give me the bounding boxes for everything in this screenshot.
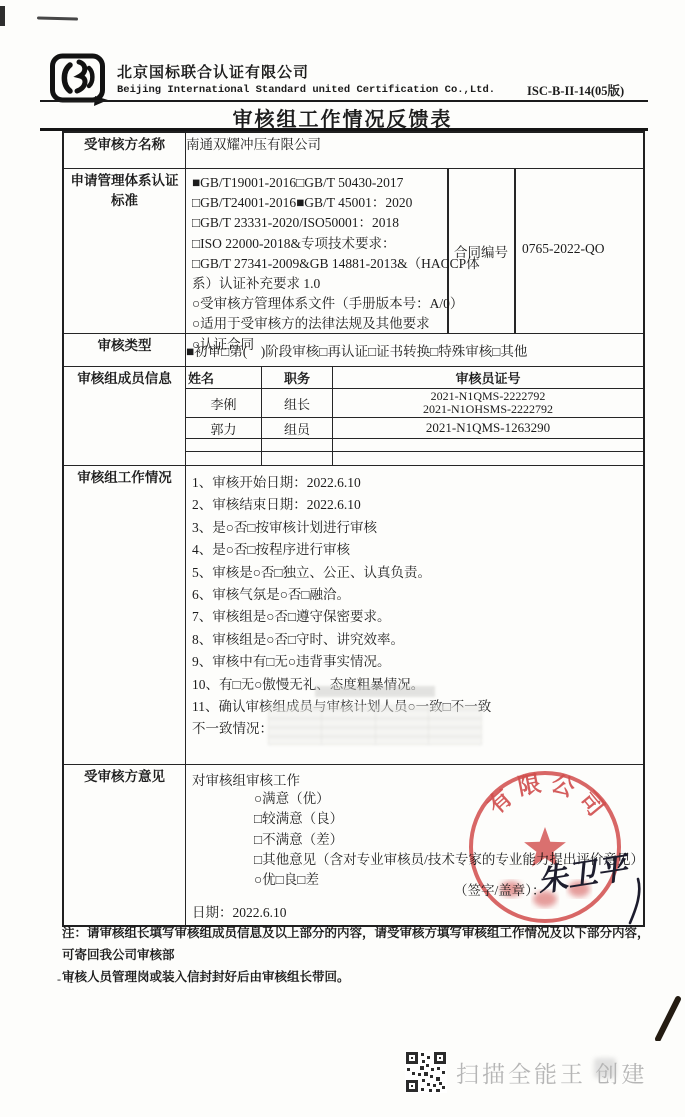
- work-item: 11、确认审核组成员与审核计划人员○一致□不一致: [192, 696, 637, 718]
- member-name: [186, 452, 262, 466]
- standard-option: ○认证合同: [192, 335, 484, 355]
- col-header-name: 姓名: [186, 367, 262, 389]
- member-row: 李俐 组长 2021-N1QMS-2222792 2021-N1OHSMS-22…: [186, 389, 643, 418]
- member-row: 郭力 组员 2021-N1QMS-1263290: [186, 418, 643, 439]
- document-code: ISC-B-II-14(05版): [527, 81, 624, 99]
- scanner-watermark-text: 扫描全能王 创建: [456, 1056, 647, 1089]
- standard-option: ○适用于受审核方的法律法规及其他要求: [192, 314, 484, 334]
- standards-cell: ■GB/T19001-2016□GB/T 50430-2017 □GB/T240…: [186, 169, 645, 334]
- scan-artifact-line: [37, 16, 78, 20]
- member-name: [186, 439, 262, 452]
- member-role: [262, 439, 333, 452]
- work-item: 4、是○否□按程序进行审核: [192, 539, 637, 561]
- opinion-option: □较满意（良）: [254, 809, 643, 829]
- member-cert: 2021-N1QMS-1263290: [333, 418, 644, 439]
- work-item: 1、审核开始日期：2022.6.10: [192, 472, 637, 494]
- company-name-en: Beijing International Standard united Ce…: [117, 84, 495, 96]
- cert-number: 2021-N1QMS-2222792: [335, 390, 641, 403]
- company-name-cn: 北京国标联合认证有限公司: [117, 61, 309, 82]
- standards-checklist: ■GB/T19001-2016□GB/T 50430-2017 □GB/T240…: [192, 173, 484, 355]
- work-item: 5、审核是○否□独立、公正、认真负责。: [192, 562, 637, 584]
- opinion-option: ○优□良□差: [254, 870, 643, 890]
- opinion-option: □不满意（差）: [254, 830, 643, 850]
- footer-note: 注：请审核组长填写审核组成员信息及以上部分的内容，请受审核方填写审核组工作情况及…: [62, 922, 654, 988]
- auditee-name-value: 南通双耀冲压有限公司: [186, 132, 645, 169]
- work-item: 10、有□无○傲慢无礼、态度粗暴情况。: [192, 674, 637, 696]
- work-item: 6、审核气氛是○否□融洽。: [192, 584, 637, 606]
- work-item-mismatch-note: 不一致情况：: [192, 718, 637, 740]
- standard-option: □GB/T 27341-2009&GB 14881-2013&（HACCP体系）…: [192, 254, 484, 294]
- opinion-heading: 对审核组审核工作: [186, 765, 643, 789]
- note-line: 注：请审核组长填写审核组成员信息及以上部分的内容，请受审核方填写审核组工作情况及…: [62, 922, 654, 966]
- work-item: 3、是○否□按审核计划进行审核: [192, 517, 637, 539]
- scan-artifact-edge: [0, 6, 5, 26]
- auditee-name-label: 受审核方名称: [63, 132, 186, 169]
- member-row: [186, 452, 643, 466]
- members-label: 审核组成员信息: [63, 367, 186, 466]
- opinion-cell: 对审核组审核工作 ○满意（优） □较满意（良） □不满意（差） □其他意见（含对…: [186, 765, 645, 927]
- work-item: 2、审核结束日期：2022.6.10: [192, 494, 637, 516]
- work-status-list: 1、审核开始日期：2022.6.10 2、审核结束日期：2022.6.10 3、…: [186, 466, 643, 741]
- work-status-cell: 1、审核开始日期：2022.6.10 2、审核结束日期：2022.6.10 3、…: [186, 466, 645, 765]
- members-header-row: 姓名 职务 审核员证号: [186, 367, 643, 389]
- work-status-label: 审核组工作情况: [63, 466, 186, 765]
- member-name: 李俐: [186, 389, 262, 418]
- member-role: 组长: [262, 389, 333, 418]
- work-item: 9、审核中有□无○违背事实情况。: [192, 651, 637, 673]
- members-table: 姓名 职务 审核员证号 李俐 组长 2021-N1QMS-2222792 202…: [186, 367, 643, 465]
- note-line: 审核人员管理岗或装入信封封好后由审核组长带回。: [62, 966, 654, 988]
- member-role: 组员: [262, 418, 333, 439]
- feedback-form-table: 受审核方名称 南通双耀冲压有限公司 申请管理体系认证标准 ■GB/T19001-…: [62, 131, 645, 927]
- member-cert: 2021-N1QMS-2222792 2021-N1OHSMS-2222792: [333, 389, 644, 418]
- certification-company-logo-icon: [49, 53, 109, 107]
- table-row: 受审核方名称 南通双耀冲压有限公司: [63, 132, 644, 169]
- standards-label: 申请管理体系认证标准: [63, 169, 186, 334]
- work-item: 7、审核组是○否□遵守保密要求。: [192, 606, 637, 628]
- sign-stamp-label: （签字/盖章）：: [454, 879, 546, 899]
- contract-number-label: 合同编号: [448, 241, 514, 261]
- contract-number-value: 0765-2022-QO: [522, 241, 605, 257]
- table-row: 受审核方意见 对审核组审核工作 ○满意（优） □较满意（良） □不满意（差） □…: [63, 765, 644, 927]
- col-header-role: 职务: [262, 367, 333, 389]
- cert-number: 2021-N1OHSMS-2222792: [335, 403, 641, 416]
- opinion-date: 日期：2022.6.10: [192, 901, 287, 921]
- opinion-label: 受审核方意见: [63, 765, 186, 927]
- member-role: [262, 452, 333, 466]
- standard-option: ○受审核方管理体系文件（手册版本号：A/0）: [192, 294, 484, 314]
- scanned-document-page: 北京国标联合认证有限公司 Beijing International Stand…: [0, 0, 685, 1117]
- page-number: - 1 -: [57, 972, 87, 987]
- member-row: [186, 439, 643, 452]
- standard-option: □GB/T 23331-2020/ISO50001：2018: [192, 213, 484, 233]
- scan-artifact-pen-mark: [654, 995, 685, 1041]
- table-row: 审核组工作情况 1、审核开始日期：2022.6.10 2、审核结束日期：2022…: [63, 466, 644, 765]
- member-cert: [333, 452, 644, 466]
- opinion-option: ○满意（优）: [254, 789, 643, 809]
- work-item: 8、审核组是○否□守时、讲究效率。: [192, 629, 637, 651]
- standard-option: □GB/T24001-2016■GB/T 45001：2020: [192, 193, 484, 213]
- header-divider: [40, 100, 648, 102]
- member-cert: [333, 439, 644, 452]
- opinion-option: □其他意见（含对专业审核员/技术专家的专业能力提出评价意见）: [254, 850, 643, 870]
- members-cell: 姓名 职务 审核员证号 李俐 组长 2021-N1QMS-2222792 202…: [186, 367, 645, 466]
- col-header-cert: 审核员证号: [333, 367, 644, 389]
- standard-option: □ISO 22000-2018&专项技术要求：: [192, 234, 484, 254]
- audit-type-label: 审核类型: [63, 334, 186, 367]
- member-name: 郭力: [186, 418, 262, 439]
- qr-code-icon: [405, 1051, 447, 1093]
- column-divider: [514, 169, 516, 333]
- table-row: 审核组成员信息 姓名 职务 审核员证号 李俐 组长 2021-N1QMS-222…: [63, 367, 644, 466]
- table-row: 申请管理体系认证标准 ■GB/T19001-2016□GB/T 50430-20…: [63, 169, 644, 334]
- standard-option: ■GB/T19001-2016□GB/T 50430-2017: [192, 173, 484, 193]
